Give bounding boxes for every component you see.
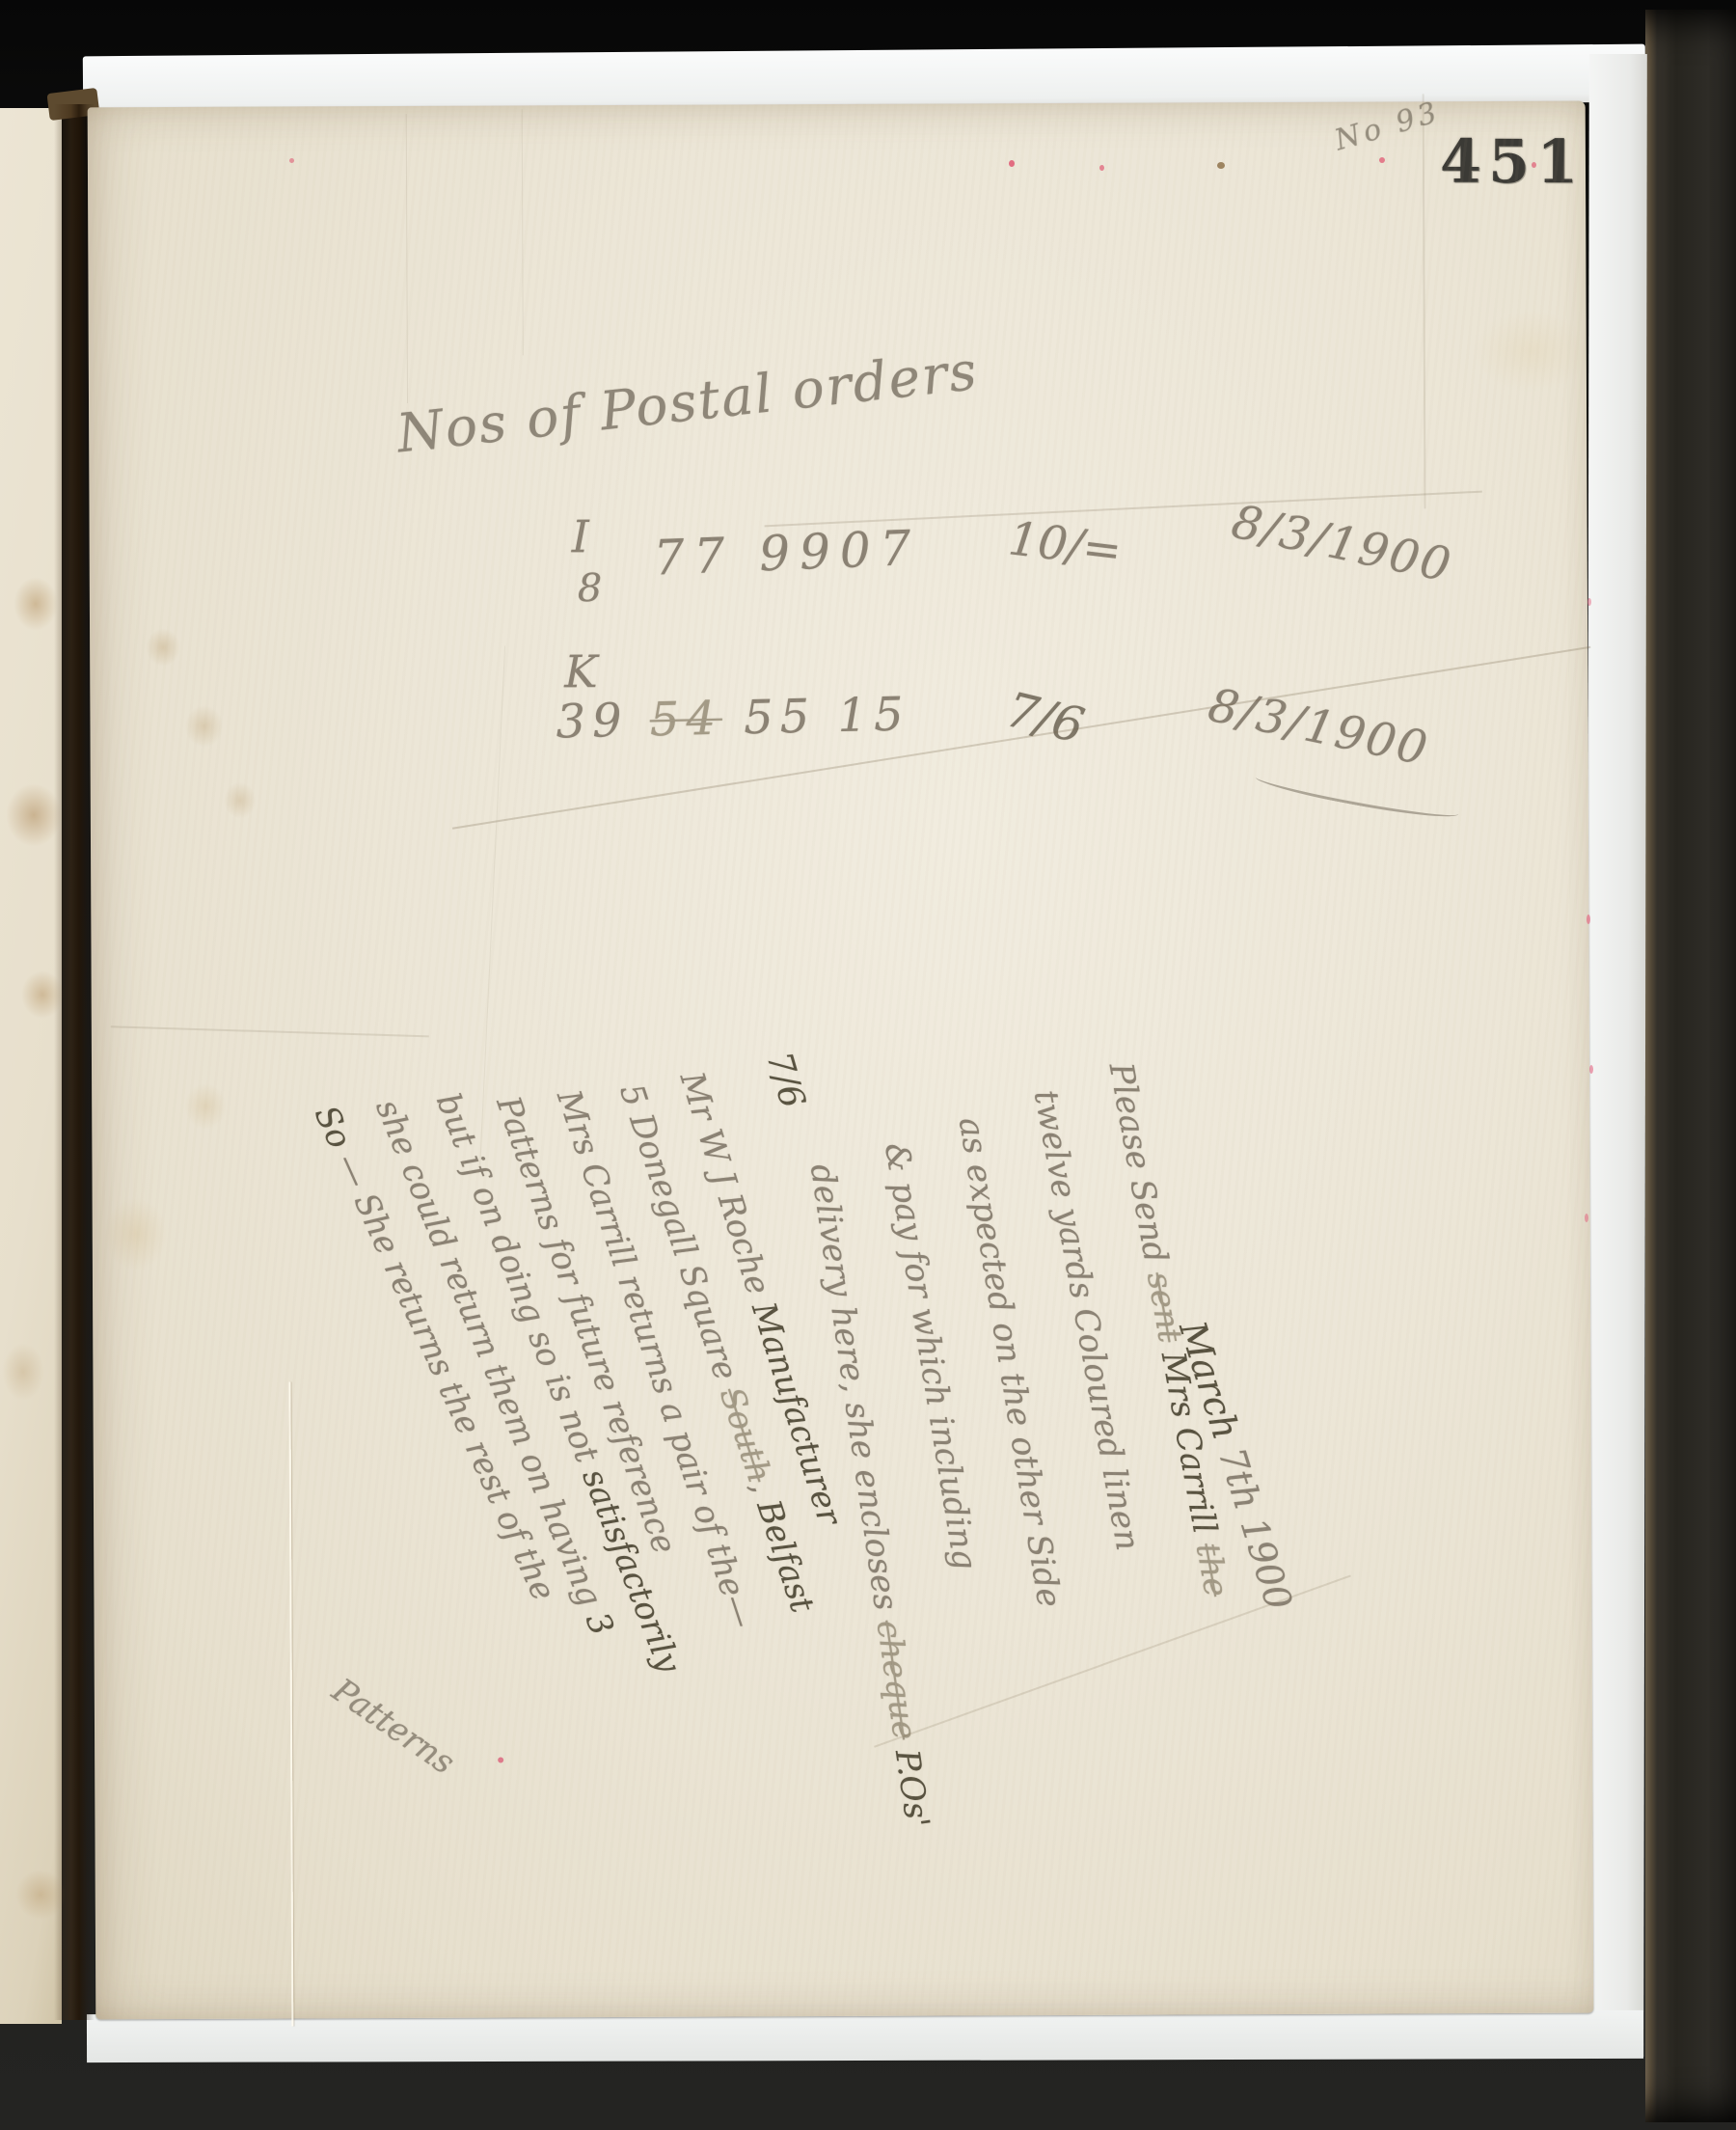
heading-nos-of-postal-orders: Nos of Postal orders xyxy=(393,340,981,465)
date-underline-flourish xyxy=(1254,770,1459,825)
foxing-stain xyxy=(224,782,257,819)
foxing-stain xyxy=(104,1197,168,1270)
row2-amount: 7/6 xyxy=(1001,681,1090,753)
paper-crease xyxy=(288,1381,293,2026)
foxing-stain xyxy=(146,628,180,667)
row1-amount: 10/= xyxy=(1006,511,1125,578)
row1-series-letter: I xyxy=(572,510,589,562)
previous-page-strip xyxy=(0,108,62,2024)
row2-series-letter: K xyxy=(564,645,598,697)
manuscript-page: 451 No 93 Nos of Postal orders I 8 77 99… xyxy=(88,101,1594,2020)
red-speck xyxy=(498,1758,503,1763)
scanned-book-photo: 451 No 93 Nos of Postal orders I 8 77 99… xyxy=(0,0,1736,2130)
row1-order-numbers: 77 9907 xyxy=(653,520,922,587)
paper-crease xyxy=(111,1025,429,1037)
paper-crease xyxy=(406,114,408,403)
row2-date: 8/3/1900 xyxy=(1204,678,1433,777)
letter-amount-note: 7/6 xyxy=(759,1048,813,1112)
paper-crease xyxy=(1423,94,1426,508)
folio-number-stamp: 451 xyxy=(1440,126,1586,198)
paper-crease xyxy=(522,109,524,355)
row1-date: 8/3/1900 xyxy=(1227,495,1456,593)
letter-line-last-word: Patterns xyxy=(325,1671,462,1782)
page-stack-edge-right xyxy=(1586,54,1647,2057)
foxing-stain xyxy=(184,705,223,748)
row2-order-numbers: 39 54 55 15 xyxy=(556,687,910,749)
book-cover-right-edge xyxy=(1645,10,1736,2122)
foxing-stain xyxy=(1474,310,1589,394)
row1-series-sub: 8 xyxy=(578,566,603,611)
foxing-stain xyxy=(184,1083,227,1130)
paper-crease xyxy=(479,646,505,1166)
pencil-corner-annotation: No 93 xyxy=(1331,96,1444,158)
